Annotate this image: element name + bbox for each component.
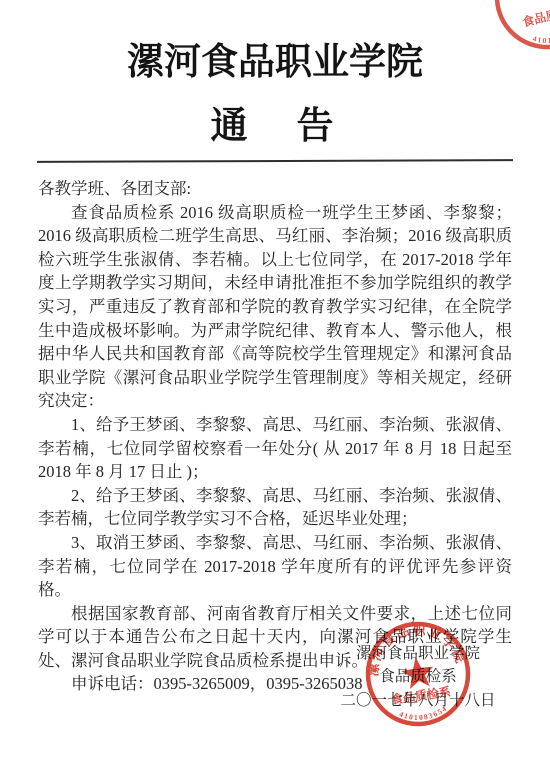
paragraph-findings: 查食品质检系 2016 级高职质检一班学生王梦函、李黎黎；2016 级高职质检二… [38, 201, 512, 413]
signature-date: 二〇一七年八月十八日 [320, 689, 516, 712]
signature-org: 漯河食品职业学院 [320, 642, 516, 665]
signature-block: 漯河食品职业学院 食品质检系 二〇一七年八月十八日 [320, 642, 516, 712]
notice-type-title: 通 告 [0, 95, 550, 149]
header-rule [37, 159, 513, 163]
paragraph-decision-2: 2、给予王梦函、李黎黎、高思、马红丽、李治频、张淑倩、李若楠，七位同学教学实习不… [38, 484, 512, 531]
corner-seal-banner-text: 食品质检系 [521, 0, 550, 29]
notice-org-title: 漯河食品职业学院 [0, 40, 550, 86]
notice-body: 各教学班、各团支部: 查食品质检系 2016 级高职质检一班学生王梦函、李黎黎；… [38, 177, 512, 696]
paragraph-decision-3: 3、取消王梦函、李黎黎、高思、马红丽、李治频、张淑倩、李若楠，七位同学在 201… [38, 531, 512, 602]
paragraph-decision-1: 1、给予王梦函、李黎黎、高思、马红丽、李治频、张淑倩、李若楠，七位同学留校察看一… [38, 413, 512, 484]
notice-page: 食品质检系 4101083654 漯河食品职业学院 通 告 各教学班、各团支部:… [0, 0, 550, 778]
salutation: 各教学班、各团支部: [38, 177, 512, 201]
notice-header: 漯河食品职业学院 通 告 [0, 40, 550, 149]
signature-dept: 食品质检系 [320, 665, 516, 688]
